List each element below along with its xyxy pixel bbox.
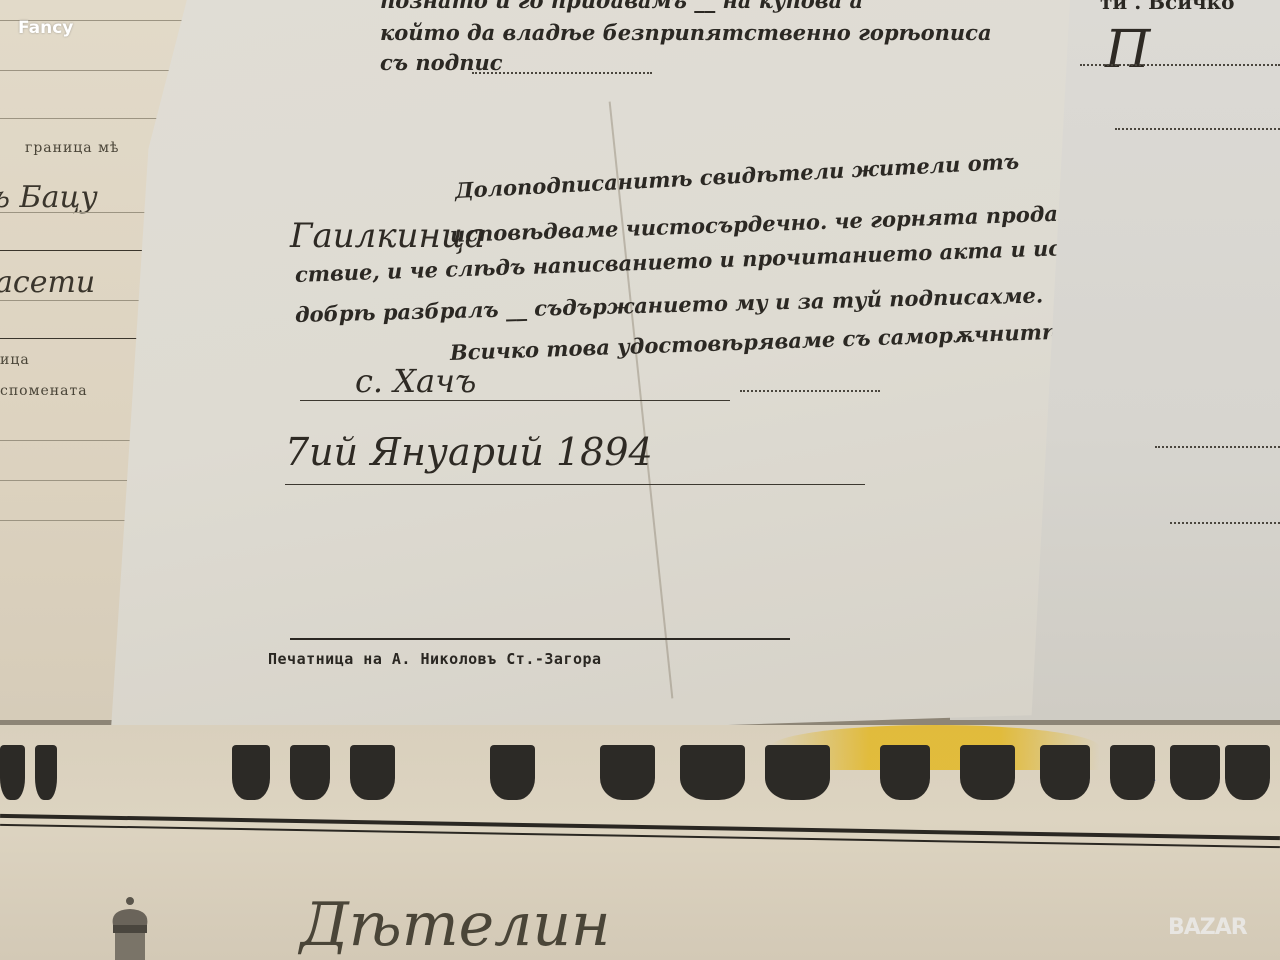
gothic-letter — [290, 745, 330, 800]
gothic-letter — [1225, 745, 1270, 800]
gothic-letter — [600, 745, 655, 800]
main-document-sheet: познато и го придавамъ __ на купова а ко… — [110, 0, 1070, 745]
right-top-text: ти . Всичко — [1100, 0, 1234, 14]
gothic-letter — [880, 745, 930, 800]
signature-line — [1155, 446, 1280, 448]
signature-line — [472, 72, 652, 74]
gothic-letter — [350, 745, 395, 800]
handwritten-date: 7ий Януарий 1894 — [285, 430, 653, 474]
printer-rule — [290, 638, 790, 640]
gothic-letter — [1040, 745, 1090, 800]
printer-imprint: Печатница на А. Николовъ Ст.-Загора — [268, 650, 602, 668]
bottom-certificate-sheet: Дѣтелин — [0, 725, 1280, 960]
gothic-letter — [232, 745, 270, 800]
gothic-letter — [1170, 745, 1220, 800]
date-line — [285, 484, 865, 485]
left-printed-text: граница мѣ — [25, 140, 119, 156]
signature-line — [1080, 64, 1280, 66]
handwritten-signature: Дѣтелин — [300, 890, 611, 960]
left-printed-text: ица — [0, 352, 30, 368]
place-line — [740, 390, 880, 392]
printed-line: познато и го придавамъ __ на купова а — [380, 0, 863, 13]
bazar-logo-watermark: BAZAR — [1168, 915, 1247, 940]
left-handwritten-text: ъ Бацу — [0, 180, 98, 215]
signature-line — [1115, 128, 1280, 130]
gothic-letter — [680, 745, 745, 800]
place-line — [300, 400, 730, 401]
gothic-letter — [960, 745, 1015, 800]
ruled-line — [0, 480, 140, 481]
handwritten-place: с. Хачъ — [355, 362, 476, 400]
handwritten-initial: П — [1105, 20, 1150, 80]
gothic-letter — [35, 745, 57, 800]
signature-line — [1170, 522, 1280, 524]
fancy-watermark: Fancy — [18, 18, 73, 38]
printed-line: добрѣ разбралъ __ съдържанието му и за т… — [295, 282, 1044, 327]
printed-line: Долоподписанитѣ свидѣтели жители отъ — [454, 148, 1019, 203]
gothic-letter — [490, 745, 535, 800]
ruled-line — [0, 520, 130, 521]
gothic-letter — [0, 745, 25, 800]
crown-icon — [105, 895, 155, 960]
gothic-letter — [1110, 745, 1155, 800]
ruled-line — [0, 440, 150, 441]
gothic-letter — [765, 745, 830, 800]
left-handwritten-text: асети — [0, 265, 95, 300]
left-printed-text: спомената — [0, 383, 88, 399]
printed-line: който да владѣе безприпятственно горѣопи… — [380, 20, 992, 45]
